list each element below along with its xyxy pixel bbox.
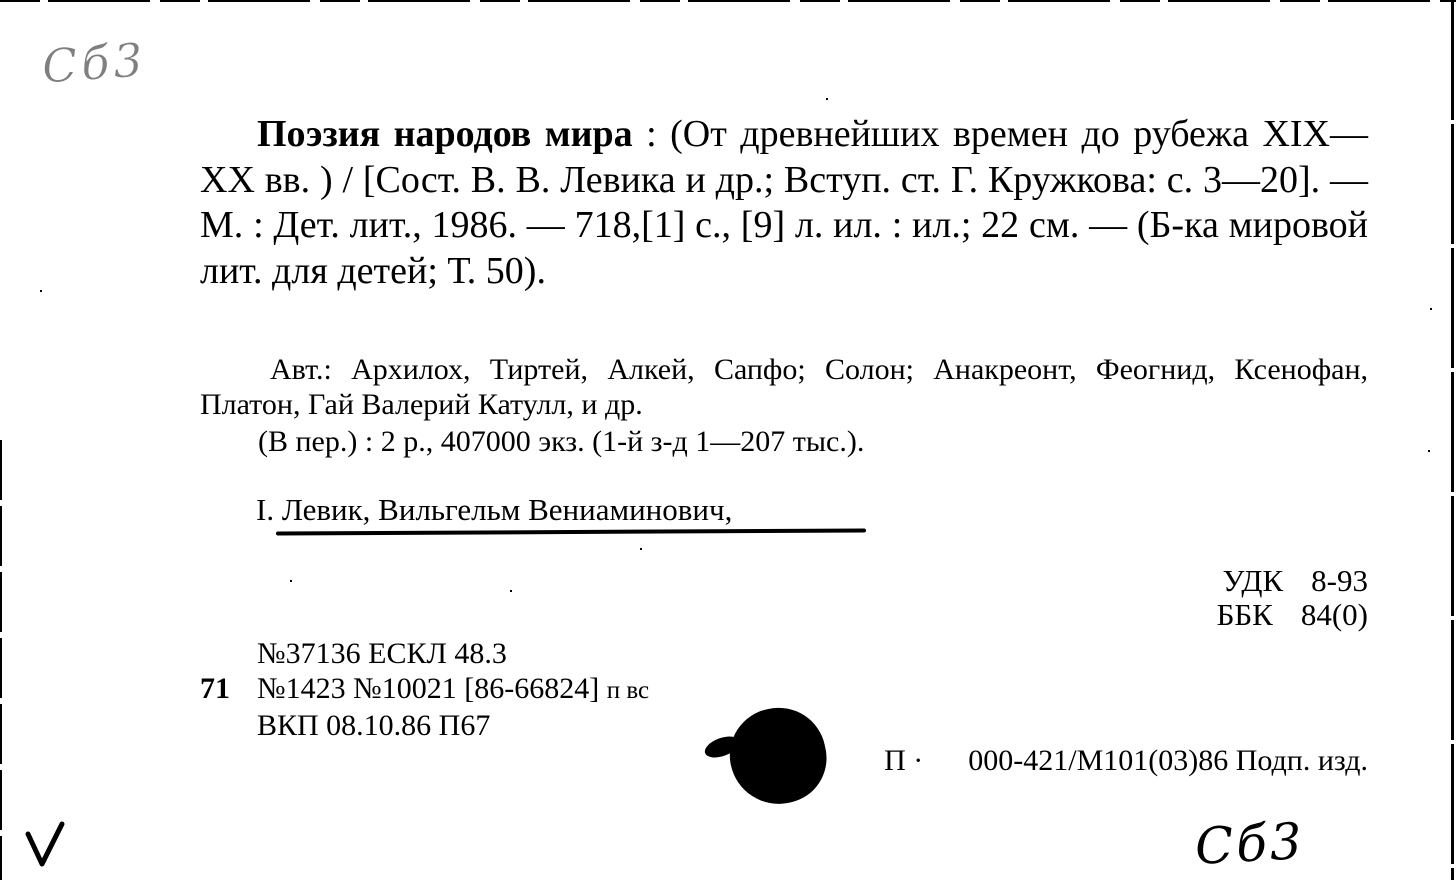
authors-text: Авт.: Архилох, Тиртей, Алкей, Сапфо; Сол… [200,353,1368,421]
udc-label: УДК [1223,564,1284,598]
scan-speck [40,290,42,292]
book-title: Поэзия народов мира [257,113,633,155]
card-right-edge [1451,0,1454,880]
checkmark-icon [24,820,68,870]
scan-speck [640,548,642,550]
tech-line-3: ВКП 08.10.86 П67 [200,708,649,743]
card-left-edge [0,440,2,880]
tech-line-2: 71№1423 №10021 [86-66824] п вс [200,671,649,708]
added-entry-tracing: I. Левик, Вильгельм Вениаминович, [256,492,732,528]
handwritten-mark-top: Сб3 [40,32,148,93]
scan-speck [510,590,512,592]
price-note: (В пер.) : 2 р., 407000 экз. (1-й з-д 1—… [258,424,864,459]
bbk-label: ББК [1217,598,1273,632]
classification-block: УДК 8-93 ББК 84(0) [1217,564,1368,632]
scan-speck [826,98,828,100]
ink-blot [721,699,835,813]
authors-note: Авт.: Архилох, Тиртей, Алкей, Сапфо; Сол… [200,352,1368,422]
catalog-card: Сб3 Поэзия народов мира : (От древнейших… [0,0,1456,880]
bbk-value: 84(0) [1301,598,1368,632]
tech-line-1: №37136 ЕСКЛ 48.3 [200,636,649,671]
handwritten-underline [276,528,866,535]
handwritten-mark-bottom: Сб3 [1194,812,1306,876]
bbk-row: ББК 84(0) [1217,598,1368,632]
card-number: 71 [200,671,257,706]
udc-value: 8-93 [1311,564,1368,598]
technical-block: №37136 ЕСКЛ 48.3 71№1423 №10021 [86-6682… [200,636,649,743]
scan-speck [1428,450,1430,452]
udc-row: УДК 8-93 [1217,564,1368,598]
publisher-code: П · 000-421/М101(03)86 Подп. изд. [884,743,1368,778]
scan-speck [1430,308,1432,310]
scan-speck [290,580,292,582]
main-entry: Поэзия народов мира : (От древнейших вре… [200,112,1368,294]
card-top-edge [0,0,1456,2]
